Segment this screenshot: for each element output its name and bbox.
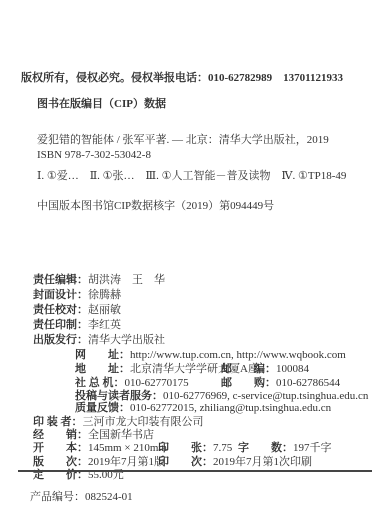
- cip-heading: 图书在版编目（CIP）数据: [37, 98, 166, 111]
- impression-label: 印 次：: [158, 456, 213, 468]
- impression-value: 2019年7月第1次印刷: [213, 456, 312, 468]
- divider-line: [18, 470, 372, 472]
- cip-classification: Ⅰ. ①爱… Ⅱ. ①张… Ⅲ. ①人工智能－普及读物 Ⅳ. ①TP18-49: [37, 170, 346, 183]
- book-copyright-page: 版权所有，侵权必究。侵权举报电话：010-62782989 1370112193…: [0, 0, 375, 518]
- impression-col: 印 次：2019年7月第1次印刷: [147, 443, 312, 482]
- product-code-row: 产品编号：082524-01: [19, 478, 133, 517]
- cip-registry: 中国版本图书馆CIP数据核字（2019）第094449号: [37, 200, 274, 213]
- product-code-value: 082524-01: [85, 491, 133, 503]
- cip-isbn: ISBN 978-7-302-53042-8: [37, 149, 151, 162]
- cip-title-line: 爱犯错的智能体 / 张军平著. — 北京：清华大学出版社，2019: [37, 134, 329, 147]
- product-code-label: 产品编号：: [30, 491, 85, 503]
- copyright-warning: 版权所有，侵权必究。侵权举报电话：010-62782989 1370112193…: [21, 72, 343, 85]
